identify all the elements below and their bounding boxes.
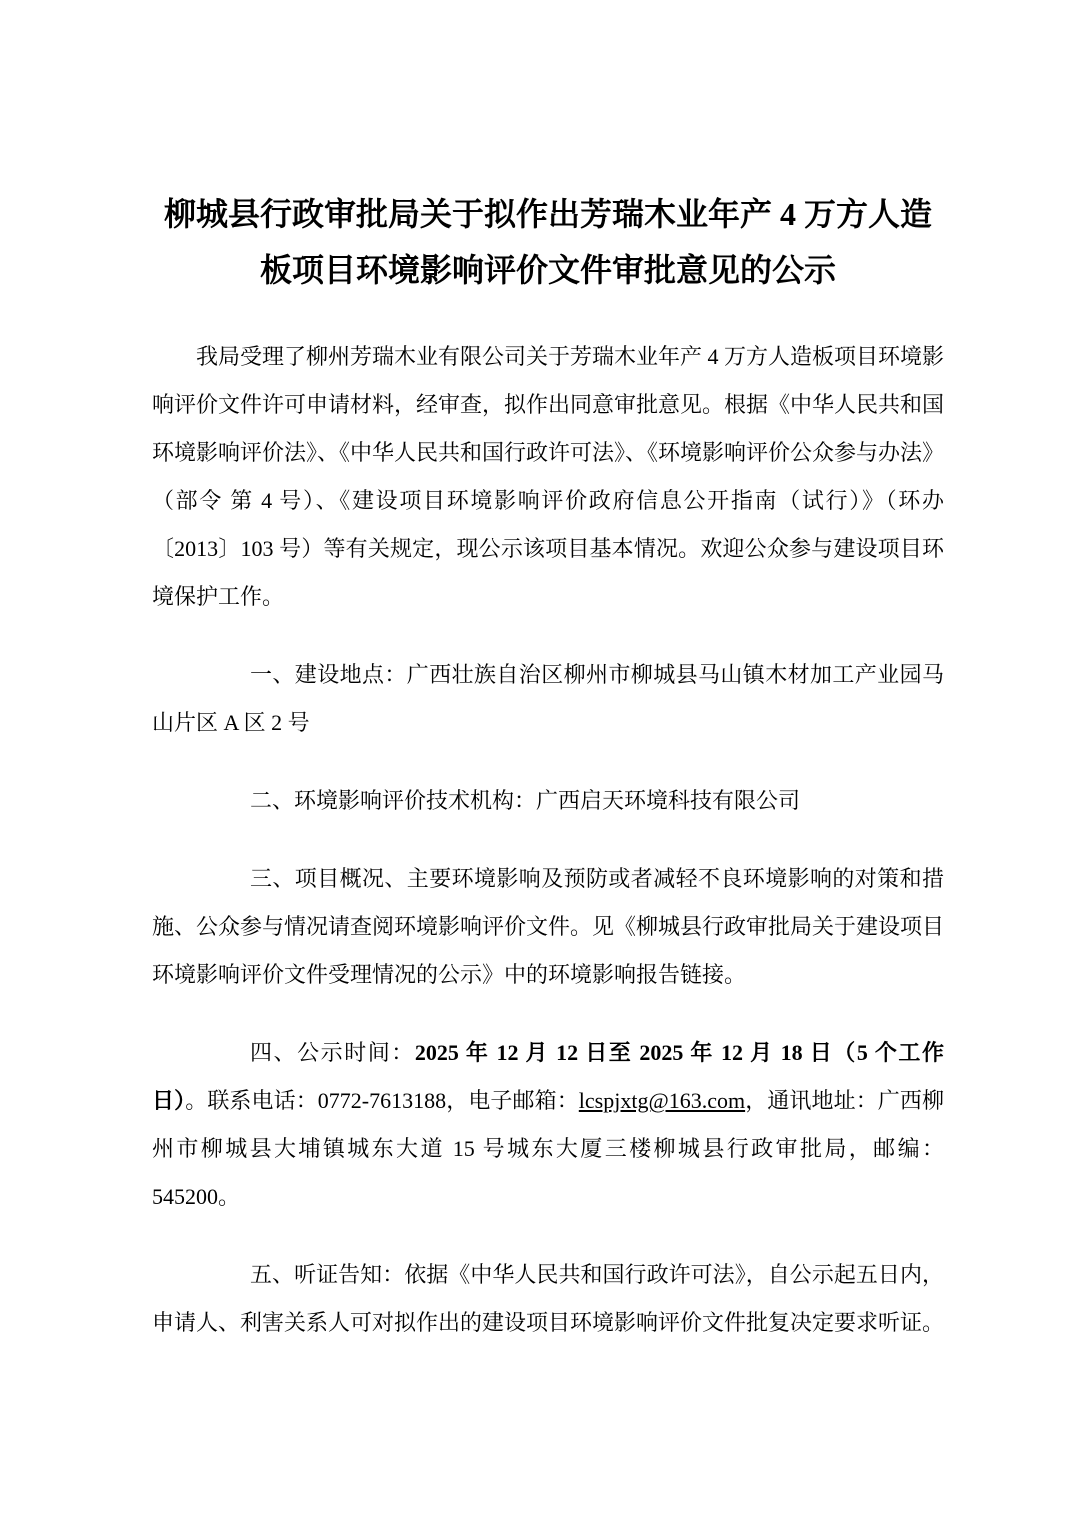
document-page: 柳城县行政审批局关于拟作出芳瑞木业年产 4 万方人造 板项目环境影响评价文件审批… [0, 0, 1074, 1520]
paragraph-item-5-hearing: 五、听证告知：依据《中华人民共和国行政许可法》，自公示起五日内，申请人、利害关系… [152, 1251, 944, 1347]
item4-period-end: 。 [185, 1088, 207, 1113]
document-title: 柳城县行政审批局关于拟作出芳瑞木业年产 4 万方人造 板项目环境影响评价文件审批… [152, 186, 944, 298]
item4-prefix: 四、公示时间： [250, 1040, 415, 1065]
paragraph-intro: 我局受理了柳州芳瑞木业有限公司关于芳瑞木业年产 4 万方人造板项目环境影响评价文… [152, 333, 944, 621]
paragraph-item-3-overview: 三、项目概况、主要环境影响及预防或者减轻不良环境影响的对策和措施、公众参与情况请… [152, 855, 944, 999]
paragraph-item-1-location: 一、建设地点：广西壮族自治区柳州市柳城县马山镇木材加工产业园马山片区 A 区 2… [152, 651, 944, 747]
email-link[interactable]: lcspjxtg@163.com [579, 1088, 745, 1113]
item4-contact-pre: 联系电话：0772-7613188，电子邮箱： [207, 1088, 578, 1113]
paragraph-item-4-notice-period: 四、公示时间：2025 年 12 月 12 日至 2025 年 12 月 18 … [152, 1029, 944, 1221]
paragraph-item-2-agency: 二、环境影响评价技术机构：广西启天环境科技有限公司 [152, 777, 944, 825]
document-title-line-1: 柳城县行政审批局关于拟作出芳瑞木业年产 4 万方人造 [152, 186, 944, 242]
document-title-line-2: 板项目环境影响评价文件审批意见的公示 [152, 242, 944, 298]
